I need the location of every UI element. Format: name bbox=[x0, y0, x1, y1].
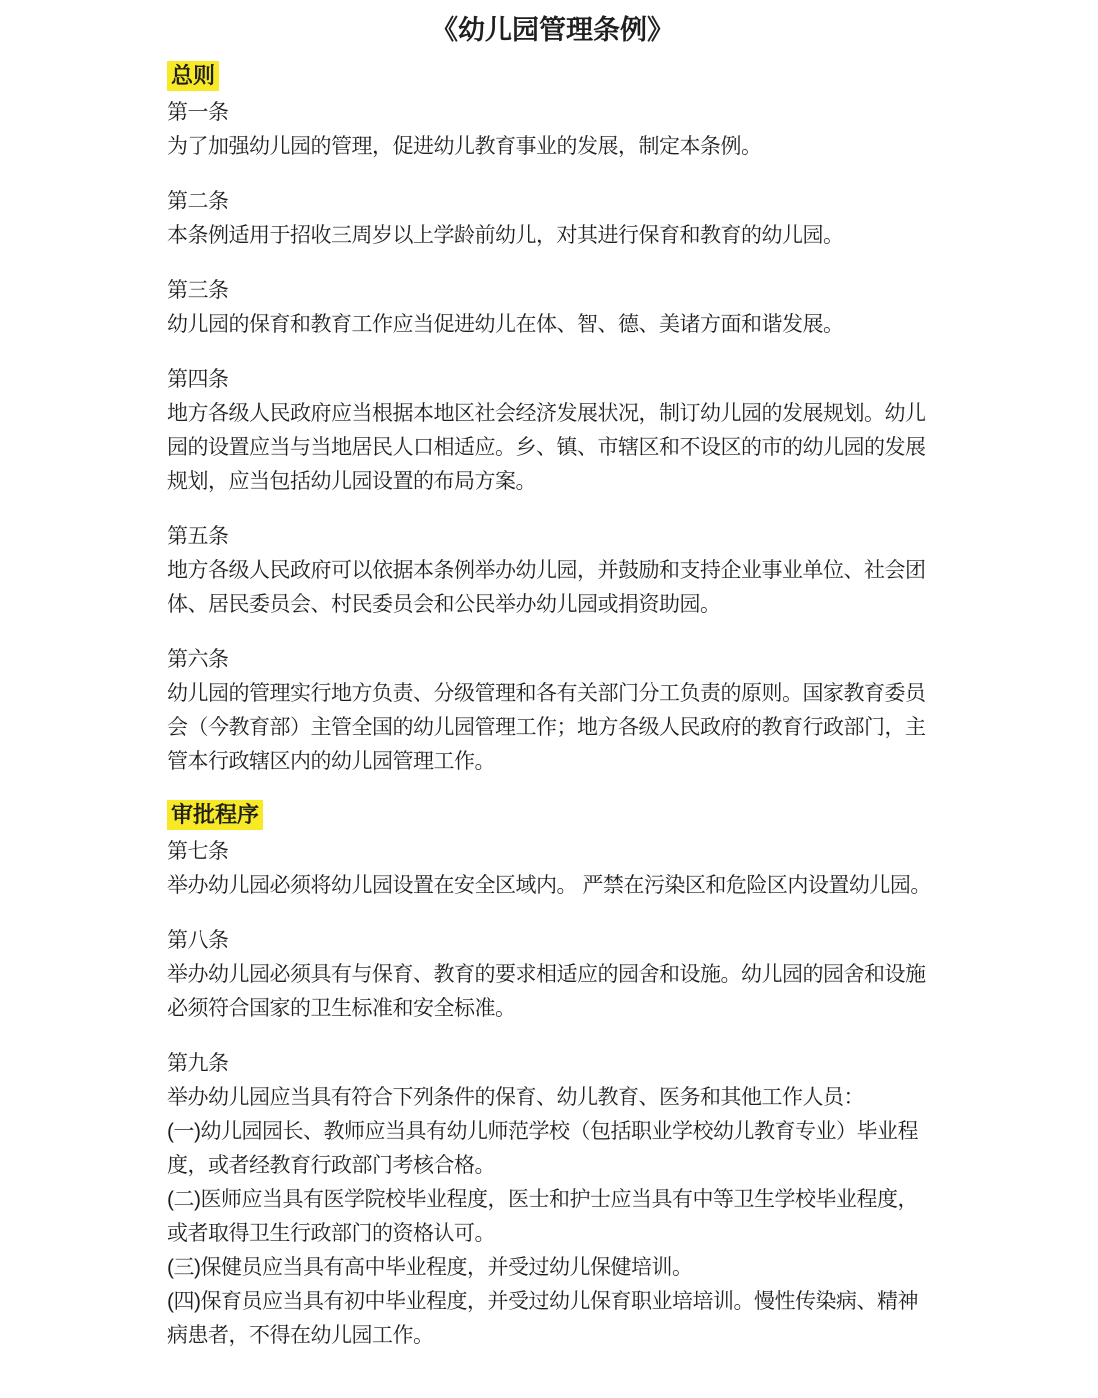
article-paragraph: 地方各级人民政府可以依据本条例举办幼儿园，并鼓励和支持企业事业单位、社会团体、居… bbox=[167, 554, 938, 622]
article-4: 第四条 地方各级人民政府应当根据本地区社会经济发展状况，制订幼儿园的发展规划。幼… bbox=[167, 363, 938, 499]
article-paragraph-item-1: (一)幼儿园园长、教师应当具有幼儿师范学校（包括职业学校幼儿教育专业）毕业程度，… bbox=[167, 1115, 938, 1183]
document-title: 《幼儿园管理条例》 bbox=[167, 12, 938, 48]
article-paragraph: 为了加强幼儿园的管理，促进幼儿教育事业的发展，制定本条例。 bbox=[167, 130, 938, 164]
article-paragraph-item-4: (四)保育员应当具有初中毕业程度，并受过幼儿保育职业培培训。慢性传染病、精神病患… bbox=[167, 1285, 938, 1353]
article-3: 第三条 幼儿园的保育和教育工作应当促进幼儿在体、智、德、美诸方面和谐发展。 bbox=[167, 274, 938, 342]
article-5: 第五条 地方各级人民政府可以依据本条例举办幼儿园，并鼓励和支持企业事业单位、社会… bbox=[167, 520, 938, 622]
article-paragraph-intro: 举办幼儿园应当具有符合下列条件的保育、幼儿教育、医务和其他工作人员： bbox=[167, 1081, 938, 1115]
article-paragraph: 幼儿园的保育和教育工作应当促进幼儿在体、智、德、美诸方面和谐发展。 bbox=[167, 308, 938, 342]
section-heading-row: 审批程序 bbox=[167, 800, 938, 835]
article-6: 第六条 幼儿园的管理实行地方负责、分级管理和各有关部门分工负责的原则。国家教育委… bbox=[167, 643, 938, 779]
article-label: 第一条 bbox=[167, 96, 938, 130]
article-2: 第二条 本条例适用于招收三周岁以上学龄前幼儿，对其进行保育和教育的幼儿园。 bbox=[167, 185, 938, 253]
section-heading-highlighted: 总则 bbox=[167, 61, 219, 91]
article-label: 第七条 bbox=[167, 835, 938, 869]
article-7: 第七条 举办幼儿园必须将幼儿园设置在安全区域内。 严禁在污染区和危险区内设置幼儿… bbox=[167, 835, 938, 903]
article-paragraph-item-3: (三)保健员应当具有高中毕业程度，并受过幼儿保健培训。 bbox=[167, 1251, 938, 1285]
article-label: 第六条 bbox=[167, 643, 938, 677]
section-heading-row: 总则 bbox=[167, 61, 938, 96]
section-general-provisions: 总则 第一条 为了加强幼儿园的管理，促进幼儿教育事业的发展，制定本条例。 第二条… bbox=[167, 61, 938, 779]
article-label: 第八条 bbox=[167, 924, 938, 958]
article-label: 第九条 bbox=[167, 1047, 938, 1081]
article-paragraph: 地方各级人民政府应当根据本地区社会经济发展状况，制订幼儿园的发展规划。幼儿园的设… bbox=[167, 397, 938, 499]
article-label: 第四条 bbox=[167, 363, 938, 397]
section-heading-highlighted: 审批程序 bbox=[167, 800, 263, 830]
article-label: 第三条 bbox=[167, 274, 938, 308]
article-paragraph: 举办幼儿园必须将幼儿园设置在安全区域内。 严禁在污染区和危险区内设置幼儿园。 bbox=[167, 869, 938, 903]
article-label: 第二条 bbox=[167, 185, 938, 219]
article-9: 第九条 举办幼儿园应当具有符合下列条件的保育、幼儿教育、医务和其他工作人员： (… bbox=[167, 1047, 938, 1353]
section-approval-procedures: 审批程序 第七条 举办幼儿园必须将幼儿园设置在安全区域内。 严禁在污染区和危险区… bbox=[167, 800, 938, 1353]
article-label: 第五条 bbox=[167, 520, 938, 554]
article-1: 第一条 为了加强幼儿园的管理，促进幼儿教育事业的发展，制定本条例。 bbox=[167, 96, 938, 164]
article-paragraph: 举办幼儿园必须具有与保育、教育的要求相适应的园舍和设施。幼儿园的园舍和设施必须符… bbox=[167, 958, 938, 1026]
article-paragraph: 幼儿园的管理实行地方负责、分级管理和各有关部门分工负责的原则。国家教育委员会（今… bbox=[167, 677, 938, 779]
article-8: 第八条 举办幼儿园必须具有与保育、教育的要求相适应的园舍和设施。幼儿园的园舍和设… bbox=[167, 924, 938, 1026]
article-paragraph: 本条例适用于招收三周岁以上学龄前幼儿，对其进行保育和教育的幼儿园。 bbox=[167, 219, 938, 253]
document-page: 《幼儿园管理条例》 总则 第一条 为了加强幼儿园的管理，促进幼儿教育事业的发展，… bbox=[0, 0, 1098, 1398]
article-paragraph-item-2: (二)医师应当具有医学院校毕业程度，医士和护士应当具有中等卫生学校毕业程度，或者… bbox=[167, 1183, 938, 1251]
